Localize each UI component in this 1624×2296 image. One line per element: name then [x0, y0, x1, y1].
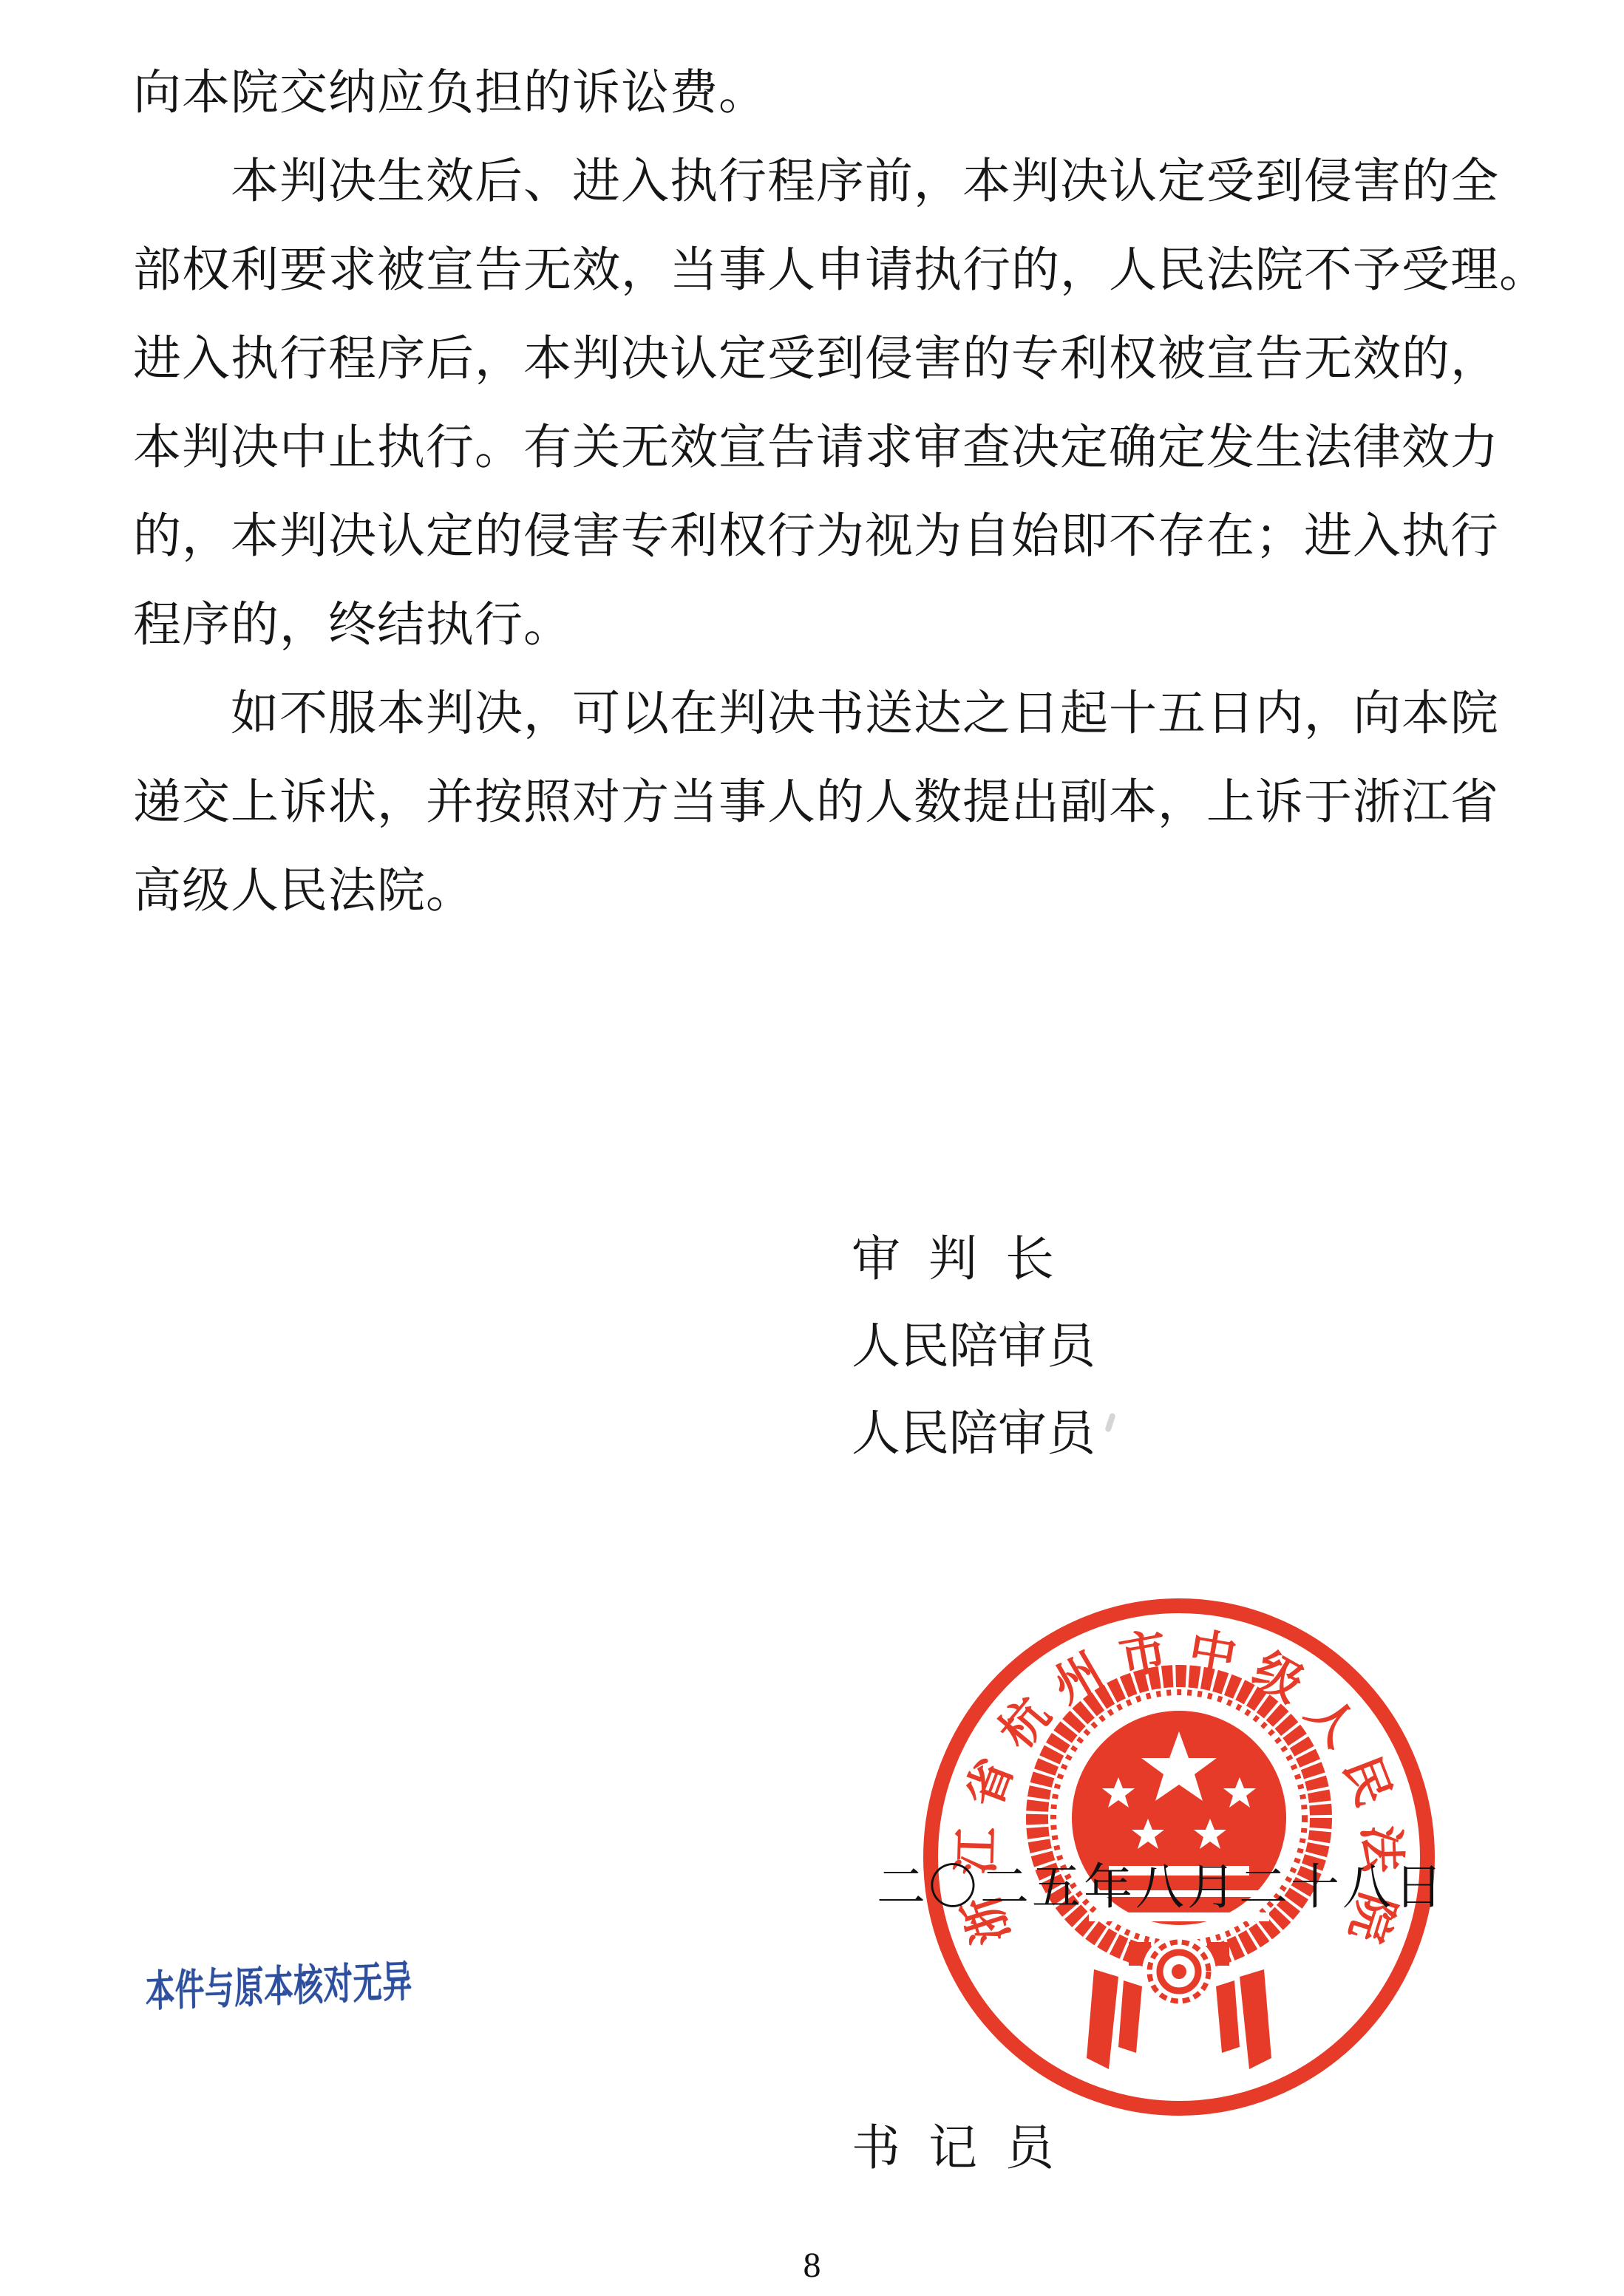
judgment-date: 二〇二五年八月二十八日: [877, 1847, 1446, 1918]
body-line: 如不服本判决，可以在判决书送达之日起十五日内，向本院: [133, 670, 1541, 758]
judgment-page: 向本院交纳应负担的诉讼费。 本判决生效后、进入执行程序前，本判决认定受到侵害的全…: [0, 0, 1624, 2296]
body-line: 向本院交纳应负担的诉讼费。: [133, 49, 1541, 137]
body-line: 本判决生效后、进入执行程序前，本判决认定受到侵害的全: [133, 137, 1541, 226]
body-line: 递交上诉状，并按照对方当事人的人数提出副本，上诉于浙江省: [133, 758, 1541, 847]
body-line: 的，本判决认定的侵害专利权行为视为自始即不存在；进入执行: [133, 492, 1541, 581]
body-line: 程序的，终结执行。: [133, 581, 1541, 670]
gear-icon: [1142, 1935, 1216, 2009]
body-line: 部权利要求被宣告无效，当事人申请执行的，人民法院不予受理。: [133, 226, 1541, 315]
body-line: 进入执行程序后，本判决认定受到侵害的专利权被宣告无效的，: [133, 315, 1541, 403]
body-line: 本判决中止执行。有关无效宣告请求审查决定确定发生法律效力: [133, 403, 1541, 492]
juror-label: 人民陪审员: [852, 1405, 1095, 1464]
judgment-body: 向本院交纳应负担的诉讼费。 本判决生效后、进入执行程序前，本判决认定受到侵害的全…: [133, 49, 1541, 936]
juror-label: 人民陪审员: [852, 1318, 1095, 1377]
page-number: 8: [0, 2245, 1624, 2286]
body-line: 高级人民法院。: [133, 847, 1541, 936]
presiding-judge-label: 审 判 长: [852, 1230, 1044, 1290]
scan-artifact: [1104, 1412, 1116, 1432]
verification-stamp: 本件与原本核对无异: [145, 1946, 412, 2019]
clerk-label: 书 记 员: [852, 2119, 1044, 2179]
